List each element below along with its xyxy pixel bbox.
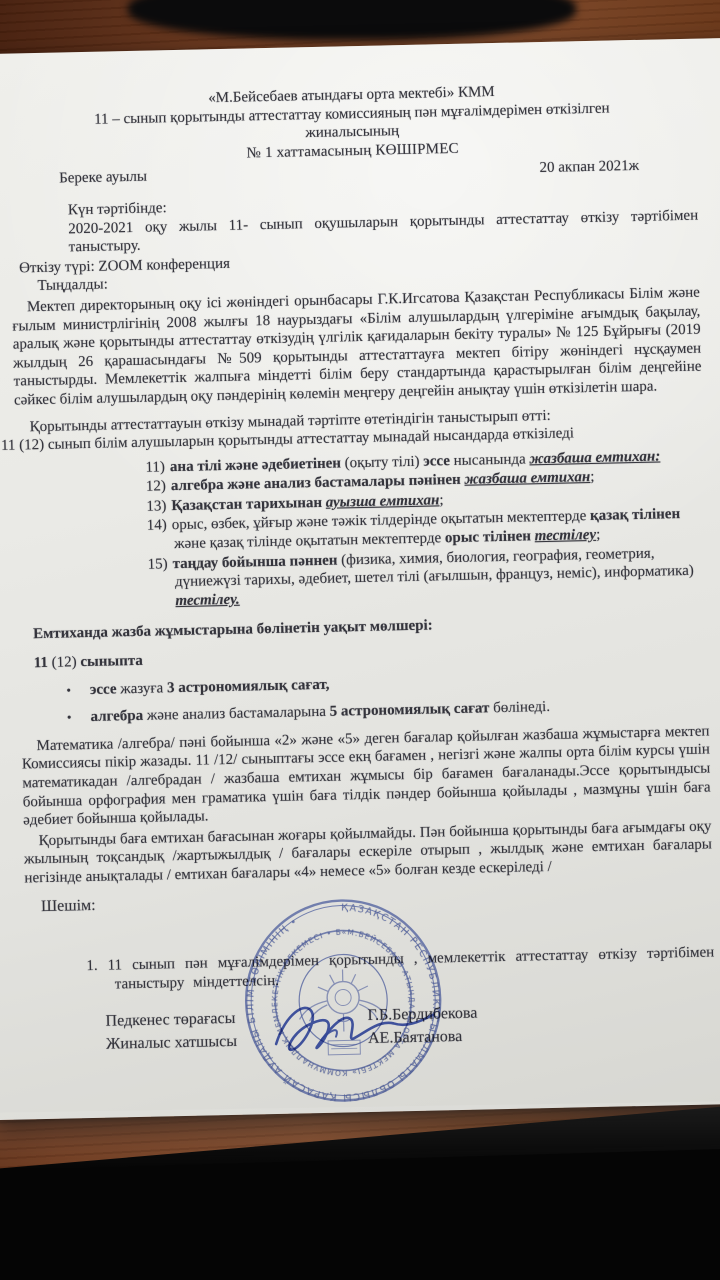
photo-of-document: { "scene": { "desk_color": "#6e3a1f", "b… <box>0 0 720 1280</box>
handwritten-signature-mark <box>261 992 453 1068</box>
bullet-text: эссе жазуға 3 астрономиялық сағат, <box>90 676 330 697</box>
exam-item-number: 15) <box>147 556 172 573</box>
date-label: 20 акпан 2021ж <box>539 156 697 178</box>
exam-item-number: 14) <box>147 518 172 535</box>
heard-paragraph: Мектеп директорының оқу ісі жөніндегі ор… <box>12 284 702 411</box>
math-grading-paragraph: Математика /алгебра/ пәні бойынша «2» жә… <box>21 722 711 830</box>
bullet-text: алгебра және анализ бастамаларына 5 астр… <box>90 699 550 725</box>
exam-time-bullet: алгебра және анализ бастамаларына 5 астр… <box>67 695 709 728</box>
exam-form-item: 15)таңдау бойынша пәннен (физика, химия,… <box>147 543 706 611</box>
exam-time-bullets: эссе жазуға 3 астрономиялық сағат, алгеб… <box>20 667 709 728</box>
exam-item-number: 11) <box>145 459 170 476</box>
document-page: «М.Бейсебаев атындағы орта мектебі» КММ … <box>0 38 720 1059</box>
exam-time-bullet: эссе жазуға 3 астрономиялық сағат, <box>66 667 708 700</box>
decision-item-number: 1. <box>86 958 108 974</box>
paper-document: «М.Бейсебаев атындағы орта мектебі» КММ … <box>0 38 720 1120</box>
exam-forms-list: 11)ана тілі және әдебиетінен (оқыту тілі… <box>15 446 706 614</box>
exam-item-text: таңдау бойынша пәннен (физика, химия, би… <box>172 545 694 609</box>
place-label: Береке ауылы <box>9 168 147 190</box>
exam-item-number: 13) <box>146 498 171 515</box>
grade-line: 11 (12) сыныпта <box>20 640 708 674</box>
exam-item-number: 12) <box>146 478 171 495</box>
exam-time-heading: Емтиханда жазба жұмыстарына бөлінетін уа… <box>19 611 707 645</box>
